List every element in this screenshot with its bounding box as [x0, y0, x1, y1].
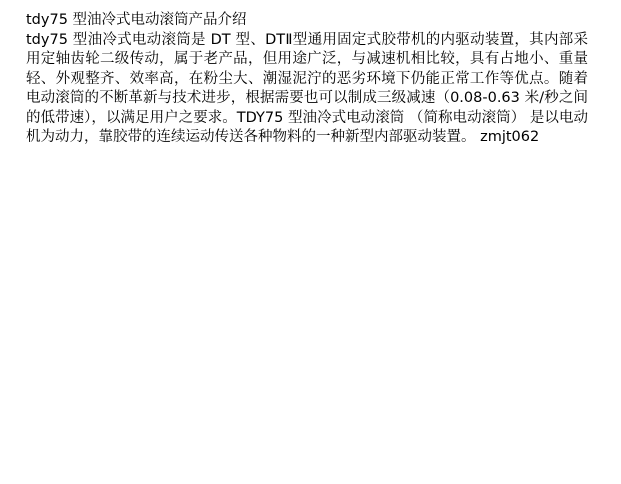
document-title: tdy75 型油冷式电动滚筒产品介绍	[26, 11, 588, 31]
document-body: tdy75 型油冷式电动滚筒是 DT 型、DTⅡ型通用固定式胶带机的内驱动装置，…	[26, 31, 588, 148]
document: tdy75 型油冷式电动滚筒产品介绍 tdy75 型油冷式电动滚筒是 DT 型、…	[26, 11, 588, 148]
